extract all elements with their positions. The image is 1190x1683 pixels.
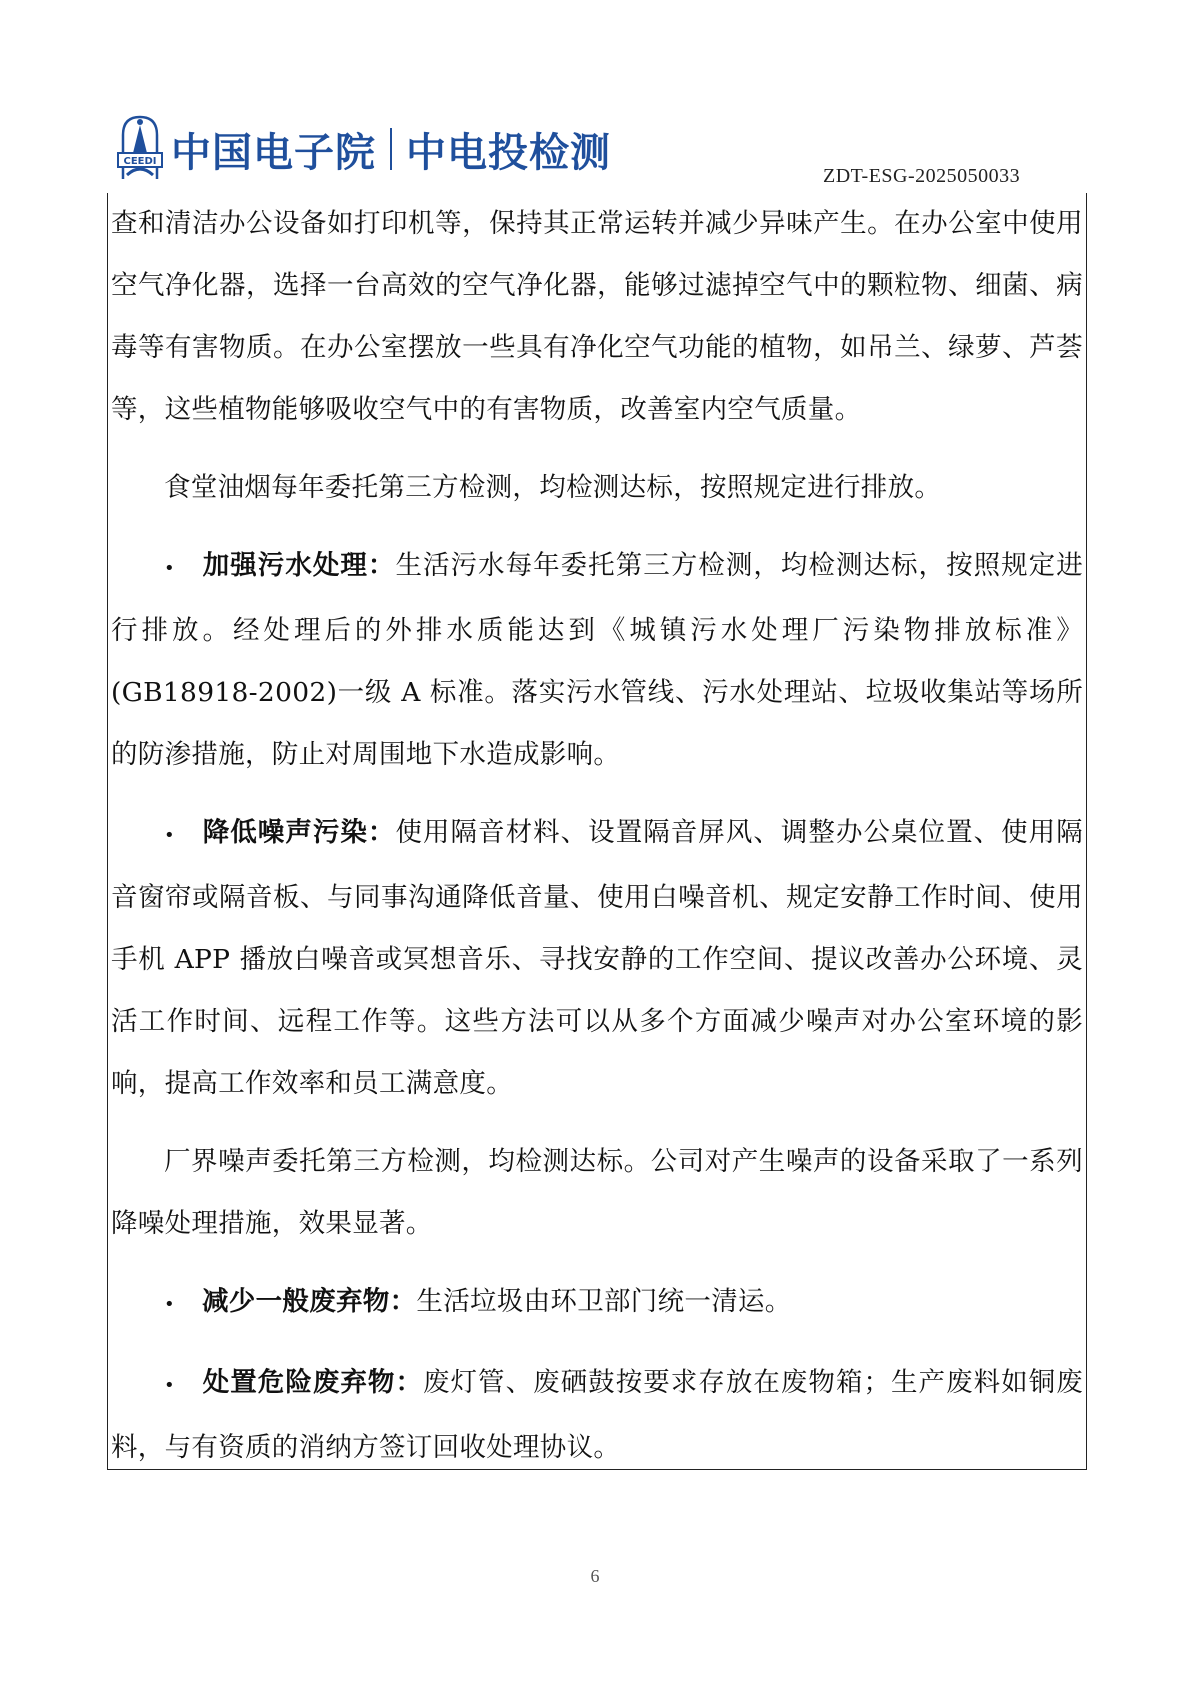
bullet-icon: • [164,805,202,867]
bullet-general-waste: •减少一般废弃物：生活垃圾由环卫部门统一清运。 [111,1271,1083,1336]
page-number: 6 [0,1566,1190,1587]
document-code: ZDT-ESG-2025050033 [823,165,1020,188]
bullet-title: 加强污水处理： [202,550,395,581]
bullet-icon: • [164,1274,202,1336]
bullet-noise: •降低噪声污染：使用隔音材料、设置隔音屏风、调整办公桌位置、使用隔音窗帘或隔音板… [111,802,1083,1115]
content-body: 查和清洁办公设备如打印机等，保持其正常运转并减少异味产生。在办公室中使用空气净化… [111,193,1083,1479]
paragraph-boundary-noise: 厂界噪声委托第三方检测，均检测达标。公司对产生噪声的设备采取了一系列降噪处理措施… [111,1131,1083,1255]
bullet-text: 生活垃圾由环卫部门统一清运。 [416,1286,791,1317]
bullet-hazardous-waste: •处置危险废弃物：废灯管、废硒鼓按要求存放在废物箱；生产废料如铜废料，与有资质的… [111,1352,1083,1479]
company-logo: CEEDI 中国电子院 中电投检测 [117,113,611,185]
bullet-text: 使用隔音材料、设置隔音屏风、调整办公桌位置、使用隔音窗帘或隔音板、与同事沟通降低… [111,817,1083,1099]
bullet-title: 处置危险废弃物： [202,1367,423,1398]
paragraph-air-quality: 查和清洁办公设备如打印机等，保持其正常运转并减少异味产生。在办公室中使用空气净化… [111,193,1083,441]
logo-divider [390,128,392,170]
bullet-wastewater: •加强污水处理：生活污水每年委托第三方检测，均检测达标，按照规定进行排放。经处理… [111,535,1083,786]
bullet-icon: • [164,1355,202,1417]
ceedi-emblem-icon: CEEDI [117,113,163,185]
bullet-title: 降低噪声污染： [202,817,395,848]
bullet-text: 生活污水每年委托第三方检测，均检测达标，按照规定进行排放。经处理后的外排水质能达… [111,550,1083,770]
logo-org-name: 中国电子院 [171,121,376,178]
bullet-title: 减少一般废弃物： [202,1286,416,1317]
logo-sub-name: 中电投检测 [406,121,611,178]
svg-text:CEEDI: CEEDI [123,156,156,167]
content-frame: 查和清洁办公设备如打印机等，保持其正常运转并减少异味产生。在办公室中使用空气净化… [107,193,1087,1470]
bullet-icon: • [164,538,202,600]
paragraph-cafeteria-fumes: 食堂油烟每年委托第三方检测，均检测达标，按照规定进行排放。 [111,457,1083,519]
